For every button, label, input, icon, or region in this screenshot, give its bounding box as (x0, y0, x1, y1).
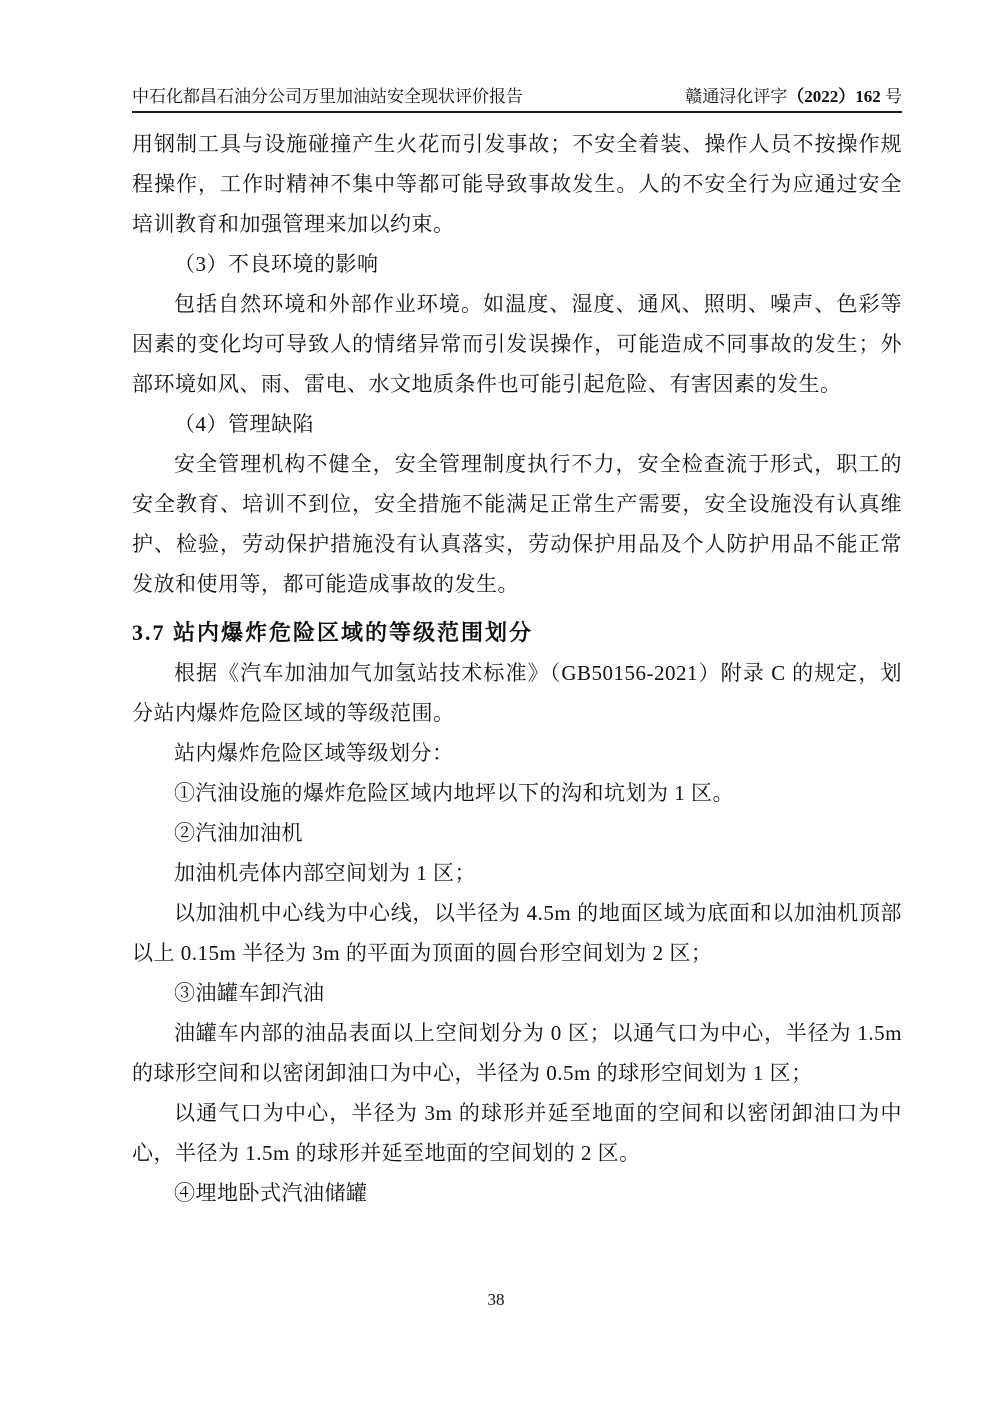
paragraph: （3）不良环境的影响 (132, 244, 902, 284)
page-number: 38 (0, 1290, 992, 1310)
paragraph: ④埋地卧式汽油储罐 (132, 1173, 902, 1213)
doc-number-prefix: 赣通浔化评字 (685, 87, 787, 106)
paragraph: 包括自然环境和外部作业环境。如温度、湿度、通风、照明、噪声、色彩等因素的变化均可… (132, 284, 902, 404)
paragraph: 用钢制工具与设施碰撞产生火花而引发事故；不安全着装、操作人员不按操作规程操作，工… (132, 124, 902, 244)
paragraph: 站内爆炸危险区域等级划分： (132, 733, 902, 773)
page-header: 中石化都昌石油分公司万里加油站安全现状评价报告 赣通浔化评字（2022）162 … (132, 0, 902, 113)
paragraph: 以通气口为中心，半径为 3m 的球形并延至地面的空间和以密闭卸油口为中心，半径为… (132, 1093, 902, 1173)
section-heading: 3.7 站内爆炸危险区域的等级范围划分 (132, 613, 902, 653)
paragraph: 安全管理机构不健全，安全管理制度执行不力，安全检查流于形式，职工的安全教育、培训… (132, 444, 902, 604)
paragraph: 以加油机中心线为中心线，以半径为 4.5m 的地面区域为底面和以加油机顶部以上 … (132, 893, 902, 973)
paragraph: ②汽油加油机 (132, 813, 902, 853)
page-content: 中石化都昌石油分公司万里加油站安全现状评价报告 赣通浔化评字（2022）162 … (132, 0, 902, 1213)
paragraph: 加油机壳体内部空间划为 1 区； (132, 853, 902, 893)
paragraph: ③油罐车卸汽油 (132, 973, 902, 1013)
paragraph: 根据《汽车加油加气加氢站技术标准》（GB50156-2021）附录 C 的规定，… (132, 653, 902, 733)
doc-number-suffix: 号 (881, 87, 902, 106)
document-page: { "header": { "report_title": "中石化都昌石油分公… (0, 0, 992, 1403)
paragraph: 油罐车内部的油品表面以上空间划分为 0 区；以通气口为中心，半径为 1.5m 的… (132, 1013, 902, 1093)
paragraph: ①汽油设施的爆炸危险区域内地坪以下的沟和坑划为 1 区。 (132, 773, 902, 813)
doc-number: 赣通浔化评字（2022）162 号 (685, 87, 902, 106)
report-title: 中石化都昌石油分公司万里加油站安全现状评价报告 (132, 87, 523, 106)
paragraph: （4）管理缺陷 (132, 404, 902, 444)
doc-number-value: （2022）162 (787, 87, 881, 106)
document-body: 用钢制工具与设施碰撞产生火花而引发事故；不安全着装、操作人员不按操作规程操作，工… (132, 124, 902, 1213)
